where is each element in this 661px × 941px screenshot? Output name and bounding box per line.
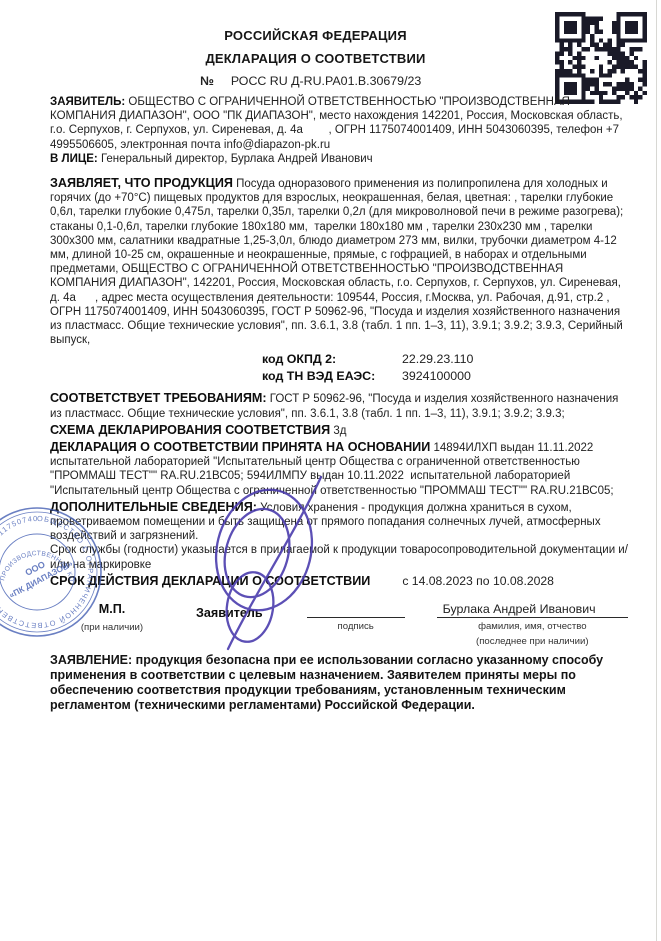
product-text: Посуда одноразового применения из полипр… (50, 178, 626, 346)
complies-paragraph: СООТВЕТСТВУЕТ ТРЕБОВАНИЯМ: ГОСТ Р 50962-… (50, 391, 628, 420)
declaration-document: РОССИЙСКАЯ ФЕДЕРАЦИЯ ДЕКЛАРАЦИЯ О СООТВЕ… (0, 0, 661, 941)
additional-paragraph: ДОПОЛНИТЕЛЬНЫЕ СВЕДЕНИЯ: Условия хранени… (50, 500, 628, 544)
stamp-center-line1: ООО (23, 559, 46, 578)
validity-row: СРОК ДЕЙСТВИЯ ДЕКЛАРАЦИИ О СООТВЕТСТВИИс… (50, 574, 628, 589)
basis-paragraph: ДЕКЛАРАЦИЯ О СООТВЕТСТВИИ ПРИНЯТА НА ОСН… (50, 440, 628, 498)
signature-block: М.П. (при наличии) Заявитель подпись Бур… (50, 602, 628, 649)
header-country: РОССИЙСКАЯ ФЕДЕРАЦИЯ (0, 28, 631, 43)
document-title: ДЕКЛАРАЦИЯ О СООТВЕТСТВИИ (0, 51, 631, 66)
tnved-value: 3924100000 (402, 368, 471, 385)
scheme-label: СХЕМА ДЕКЛАРИРОВАНИЯ СООТВЕТСТВИЯ (50, 423, 330, 437)
applicant-signature-label: Заявитель (196, 602, 263, 620)
statement-text: продукция безопасна при ее использовании… (50, 653, 607, 713)
applicant-label: ЗАЯВИТЕЛЬ: (50, 96, 125, 108)
name-caption-1: фамилия, имя, отчество (437, 620, 628, 634)
in-person-label: В ЛИЦЕ: (50, 153, 98, 165)
declaration-number-row: №РОСС RU Д-RU.РА01.В.30679/23 (200, 74, 421, 88)
additional-label: ДОПОЛНИТЕЛЬНЫЕ СВЕДЕНИЯ: (50, 500, 257, 514)
qr-code-svg (555, 12, 647, 104)
stamp-place: М.П. (при наличии) (70, 602, 154, 635)
mp-note: (при наличии) (70, 621, 154, 635)
okpd-value: 22.29.23.110 (402, 351, 473, 368)
okpd-label: код ОКПД 2: (262, 351, 402, 368)
name-field: Бурлака Андрей Иванович фамилия, имя, от… (437, 602, 628, 649)
complies-label: СООТВЕТСТВУЕТ ТРЕБОВАНИЯМ: (50, 391, 267, 405)
declaration-number: РОСС RU Д-RU.РА01.В.30679/23 (231, 74, 421, 88)
number-sign: № (200, 74, 214, 88)
qr-code-icon (555, 12, 647, 104)
signature-caption: подпись (307, 620, 405, 634)
statement-label: ЗАЯВЛЕНИЕ: (50, 653, 132, 667)
basis-label: ДЕКЛАРАЦИЯ О СООТВЕТСТВИИ ПРИНЯТА НА ОСН… (50, 440, 430, 454)
applicant-text: ОБЩЕСТВО С ОГРАНИЧЕННОЙ ОТВЕТСТВЕННОСТЬЮ… (50, 96, 626, 151)
tnved-row: код ТН ВЭД ЕАЭС: 3924100000 (50, 368, 628, 385)
signature-field: подпись (307, 602, 405, 634)
scheme-value: 3д (333, 425, 346, 437)
declares-label: ЗАЯВЛЯЕТ, ЧТО ПРОДУКЦИЯ (50, 176, 233, 190)
validity-value: с 14.08.2023 по 10.08.2028 (402, 574, 554, 588)
signature-line (307, 602, 405, 618)
in-person-text: Генеральный директор, Бурлака Андрей Ива… (101, 153, 373, 165)
name-caption-2: (последнее при наличии) (437, 635, 628, 649)
signatory-name: Бурлака Андрей Иванович (437, 602, 628, 618)
applicant-paragraph: ЗАЯВИТЕЛЬ: ОБЩЕСТВО С ОГРАНИЧЕННОЙ ОТВЕТ… (50, 95, 628, 166)
scheme-row: СХЕМА ДЕКЛАРИРОВАНИЯ СООТВЕТСТВИЯ 3д (50, 423, 628, 438)
product-paragraph: ЗАЯВЛЯЕТ, ЧТО ПРОДУКЦИЯ Посуда одноразов… (50, 176, 628, 347)
codes-block: код ОКПД 2: 22.29.23.110 код ТН ВЭД ЕАЭС… (50, 351, 628, 385)
validity-label: СРОК ДЕЙСТВИЯ ДЕКЛАРАЦИИ О СООТВЕТСТВИИ (50, 574, 370, 588)
document-body: ЗАЯВИТЕЛЬ: ОБЩЕСТВО С ОГРАНИЧЕННОЙ ОТВЕТ… (50, 95, 628, 724)
mp-label: М.П. (70, 602, 154, 616)
okpd-row: код ОКПД 2: 22.29.23.110 (50, 351, 628, 368)
shelf-life-paragraph: Срок службы (годности) указывается в при… (50, 543, 628, 571)
statement-paragraph: ЗАЯВЛЕНИЕ: продукция безопасна при ее ис… (50, 653, 628, 714)
tnved-label: код ТН ВЭД ЕАЭС: (262, 368, 402, 385)
